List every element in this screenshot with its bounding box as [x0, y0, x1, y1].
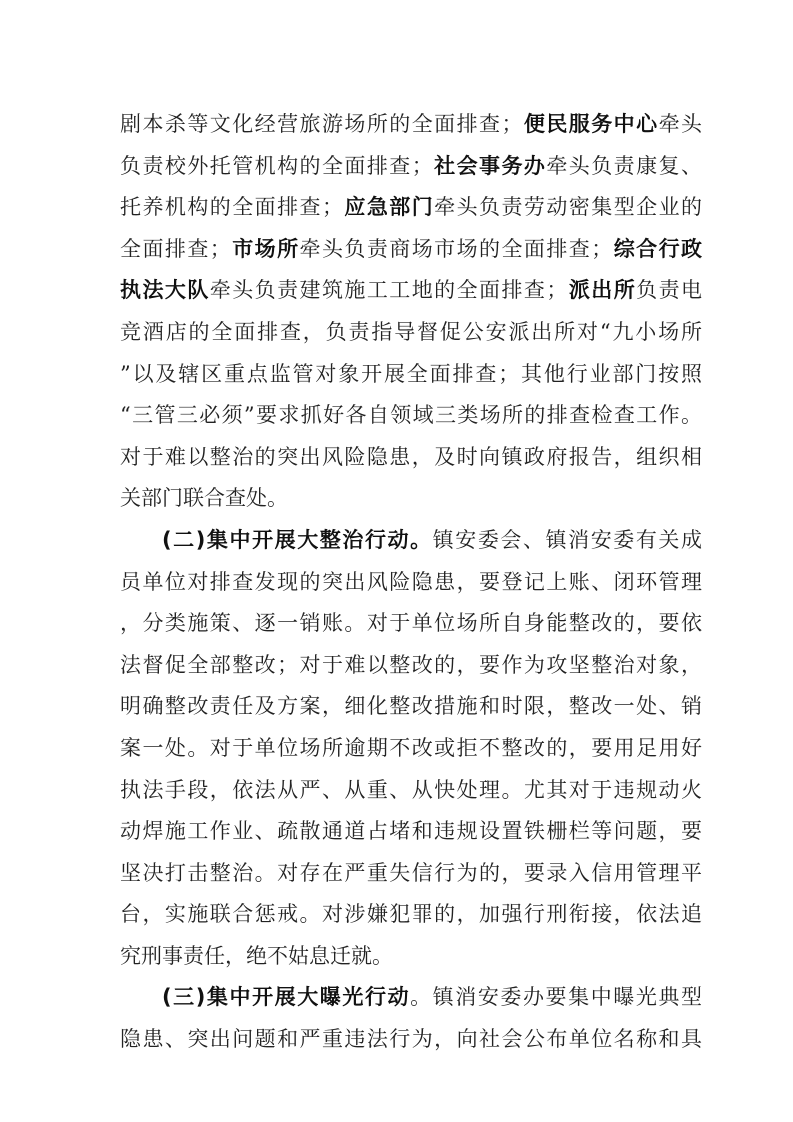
body-text: 动焊施工作业、疏散通道占堵和违规设置铁栅栏等问题，要	[120, 819, 702, 843]
section-heading-line: (二)集中开展大整治行动。镇安委会、镇消安委有关成	[120, 520, 702, 562]
body-text: 台，实施联合惩戒。对涉嫌犯罪的，加强行刑衔接，依法追	[120, 902, 702, 926]
text-line: 台，实施联合惩戒。对涉嫌犯罪的，加强行刑衔接，依法追	[120, 894, 702, 936]
text-line: 执法手段，依法从严、从重、从快处理。尤其对于违规动火	[120, 770, 702, 812]
text-line: 动焊施工作业、疏散通道占堵和违规设置铁栅栏等问题，要	[120, 811, 702, 853]
body-text: 案一处。对于单位场所逾期不改或拒不整改的，要用足用好	[120, 736, 702, 760]
body-text: 对于难以整治的突出风险隐患，及时向镇政府报告，组织相	[120, 445, 702, 469]
body-text: 负责校外托管机构的全面排查；	[120, 154, 433, 178]
body-text: “三管三必须”要求抓好各自领域三类场所的排查检查工作。	[120, 403, 702, 427]
body-text: 明确整改责任及方案，细化整改措施和时限，整改一处、销	[120, 694, 702, 718]
body-text: 负责电	[636, 278, 702, 302]
text-line: 执法大队牵头负责建筑施工工地的全面排查；派出所负责电	[120, 270, 702, 312]
text-line: 究刑事责任，绝不姑息迁就。	[120, 936, 702, 978]
body-text: 竞酒店的全面排查，负责指导督促公安派出所对“九小场所	[120, 320, 702, 344]
text-line: 全面排查；市场所牵头负责商场市场的全面排查；综合行政	[120, 229, 702, 271]
text-line: 法督促全部整改；对于难以整改的，要作为攻坚整治对象，	[120, 645, 702, 687]
body-text: 究刑事责任，绝不姑息迁就。	[120, 944, 393, 968]
text-line: ”以及辖区重点监管对象开展全面排查；其他行业部门按照	[120, 354, 702, 396]
bold-text: 应急部门	[343, 195, 434, 219]
text-line: 竞酒店的全面排查，负责指导督促公安派出所对“九小场所	[120, 312, 702, 354]
document-page: 剧本杀等文化经营旅游场所的全面排查；便民服务中心牵头负责校外托管机构的全面排查；…	[120, 104, 702, 1061]
body-text: 执法手段，依法从严、从重、从快处理。尤其对于违规动火	[120, 778, 702, 802]
body-text: 牵头负责商场市场的全面排查；	[300, 237, 613, 261]
bold-text: (三)集中开展大曝光行动	[162, 985, 410, 1009]
body-text: 牵头	[659, 112, 702, 136]
section-heading-line: (三)集中开展大曝光行动。镇消安委办要集中曝光典型	[120, 977, 702, 1019]
body-text: 全面排查；	[120, 237, 231, 261]
body-text: 。镇消安委办要集中曝光典型	[410, 985, 702, 1009]
body-text: 托养机构的全面排查；	[120, 195, 343, 219]
bold-text: 派出所	[567, 278, 636, 302]
text-line: 案一处。对于单位场所逾期不改或拒不整改的，要用足用好	[120, 728, 702, 770]
body-text: 隐患、突出问题和严重违法行为，向社会公布单位名称和具	[120, 1027, 702, 1051]
text-line: 坚决打击整治。对存在严重失信行为的，要录入信用管理平	[120, 853, 702, 895]
body-text: ，分类施策、逐一销账。对于单位场所自身能整改的，要依	[120, 611, 702, 635]
bold-text: 综合行政	[612, 237, 702, 261]
text-line: 托养机构的全面排查；应急部门牵头负责劳动密集型企业的	[120, 187, 702, 229]
text-line: 剧本杀等文化经营旅游场所的全面排查；便民服务中心牵头	[120, 104, 702, 146]
body-text: 牵头负责康复、	[546, 154, 702, 178]
body-text: 关部门联合查处。	[120, 486, 288, 510]
body-text: 坚决打击整治。对存在严重失信行为的，要录入信用管理平	[120, 861, 702, 885]
text-line: 对于难以整治的突出风险隐患，及时向镇政府报告，组织相	[120, 437, 702, 479]
text-line: “三管三必须”要求抓好各自领域三类场所的排查检查工作。	[120, 395, 702, 437]
body-text: 牵头负责劳动密集型企业的	[434, 195, 702, 219]
body-text: 镇安委会、镇消安委有关成	[433, 528, 702, 552]
body-text: 牵头负责建筑施工工地的全面排查；	[210, 278, 568, 302]
bold-text: 执法大队	[120, 278, 210, 302]
body-text: 法督促全部整改；对于难以整改的，要作为攻坚整治对象，	[120, 653, 702, 677]
text-line: 员单位对排查发现的突出风险隐患，要登记上账、闭环管理	[120, 562, 702, 604]
bold-text: 市场所	[231, 237, 300, 261]
bold-text: (二)集中开展大整治行动。	[162, 528, 433, 552]
bold-text: 社会事务办	[433, 154, 547, 178]
text-line: ，分类施策、逐一销账。对于单位场所自身能整改的，要依	[120, 603, 702, 645]
body-text: ”以及辖区重点监管对象开展全面排查；其他行业部门按照	[120, 362, 702, 386]
text-line: 明确整改责任及方案，细化整改措施和时限，整改一处、销	[120, 686, 702, 728]
body-text: 员单位对排查发现的突出风险隐患，要登记上账、闭环管理	[120, 570, 702, 594]
text-line: 负责校外托管机构的全面排查；社会事务办牵头负责康复、	[120, 146, 702, 188]
bold-text: 便民服务中心	[522, 112, 658, 136]
text-line: 关部门联合查处。	[120, 478, 702, 520]
body-text: 剧本杀等文化经营旅游场所的全面排查；	[120, 112, 522, 136]
text-line: 隐患、突出问题和严重违法行为，向社会公布单位名称和具	[120, 1019, 702, 1061]
